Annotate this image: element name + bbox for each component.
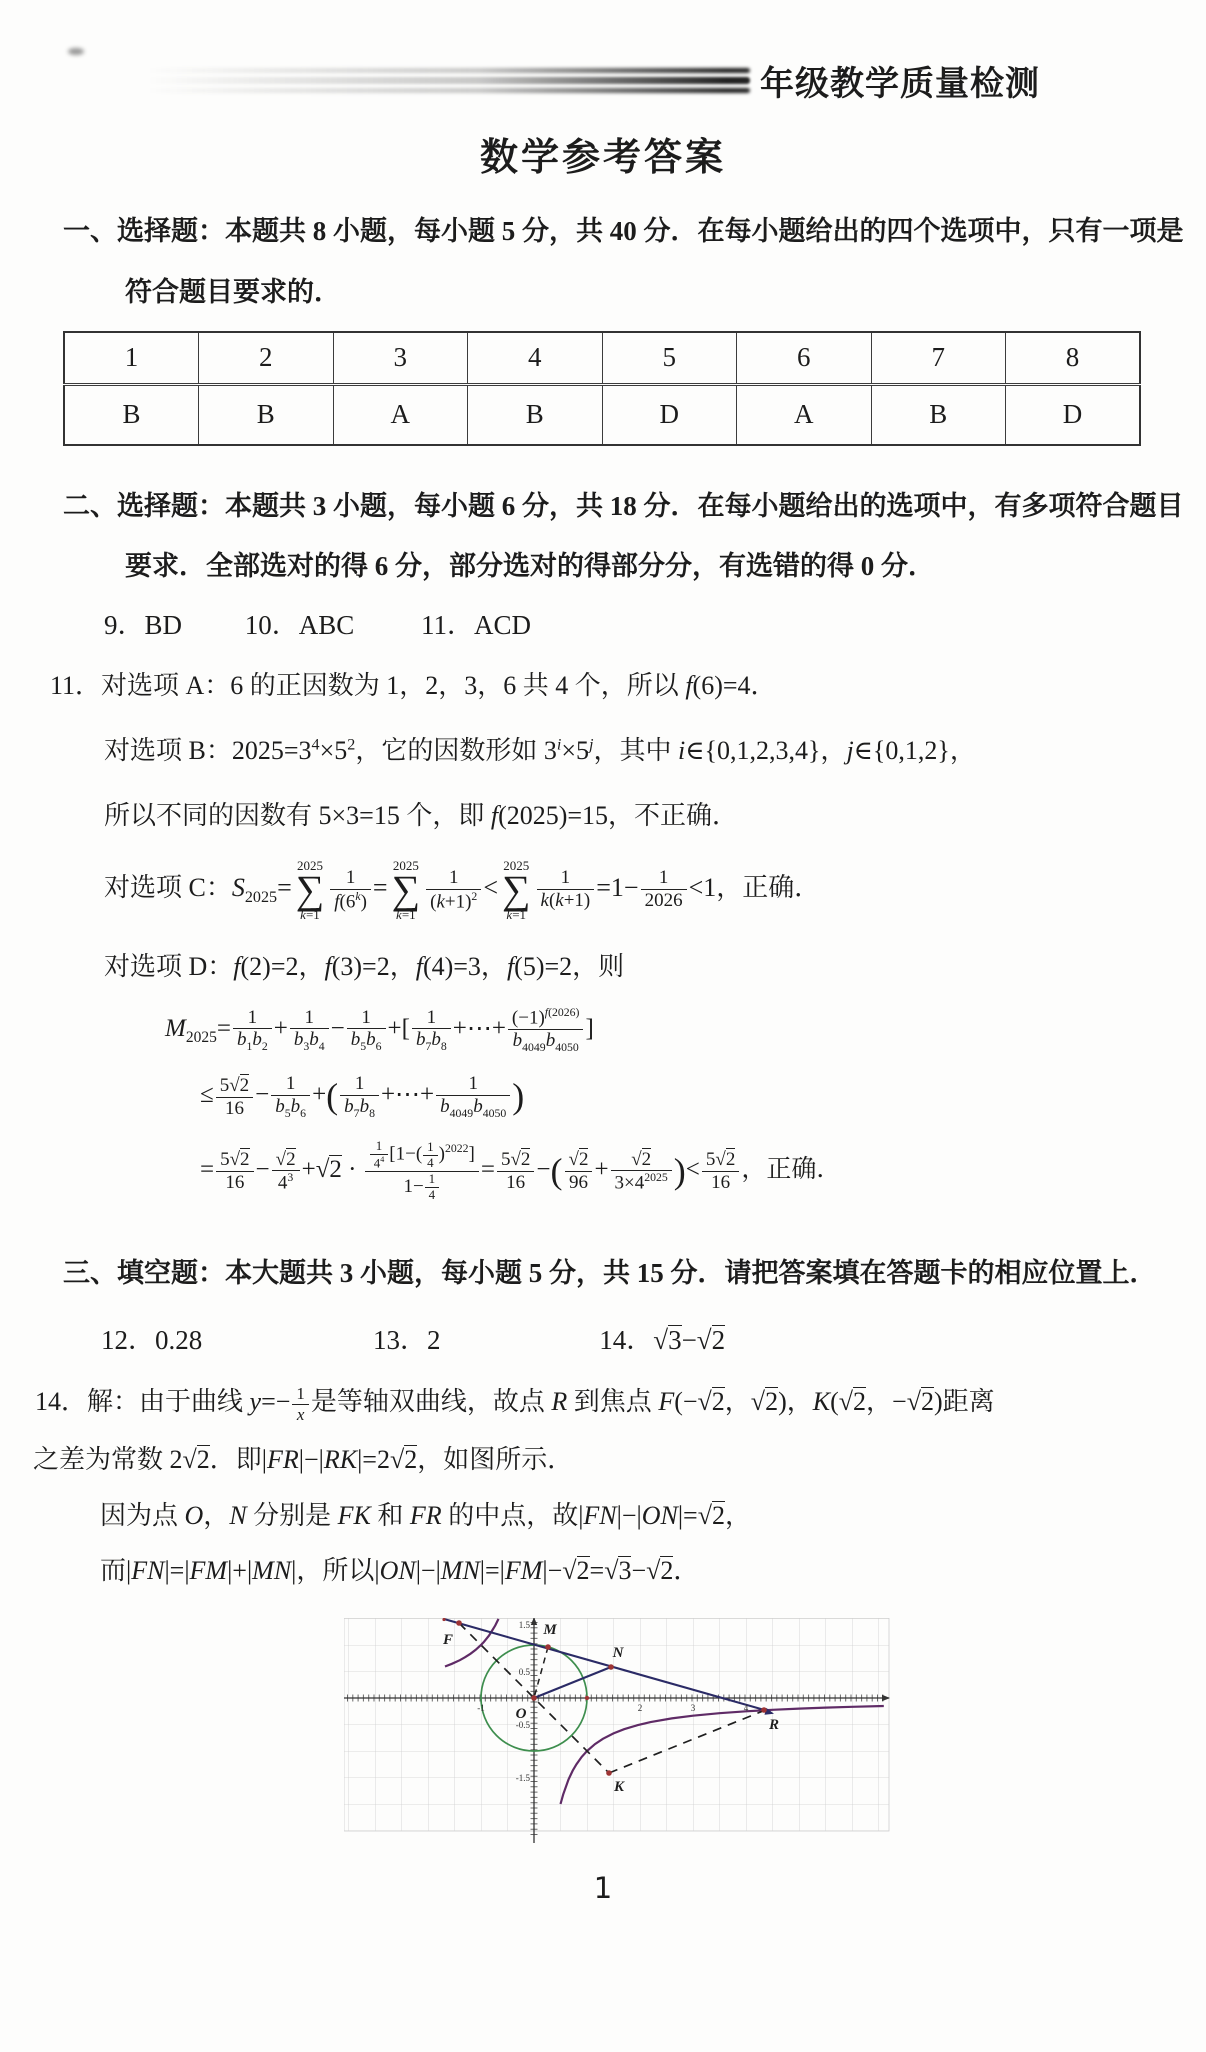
answer-table-header-cell: 3 [333, 332, 468, 385]
answer-table-answer-cell: D [602, 384, 737, 445]
point-line-end [442, 1618, 445, 1621]
q14-line-2: 之差为常数 2√2．即|FR|−|RK|=2√2，如图所示． [33, 1442, 1206, 1477]
y-tick--0.5: -0.5 [516, 1720, 531, 1730]
answer-table-answer-cell: A [737, 384, 872, 445]
label-R: R [768, 1717, 779, 1733]
label-N: N [612, 1645, 625, 1661]
section-3-heading: 三、填空题：本大题共 3 小题，每小题 5 分，共 15 分．请把答案填在答题卡… [63, 1243, 1203, 1304]
point-N [608, 1664, 614, 1670]
answer-table-answer-cell: B [199, 384, 334, 445]
q11-option-c-line: 对选项 C：S2025=2025∑k=11f(6k)=2025∑k=11(k+1… [104, 857, 1206, 923]
y-tick-1.5: 1.5 [519, 1620, 531, 1630]
label-F: F [442, 1632, 453, 1648]
exam-header-title: 年级教学质量检测 [760, 56, 1040, 105]
scan-smudge [68, 48, 84, 55]
answer-table-answer-cell: D [1006, 384, 1141, 445]
q14-line-1: 14．解：由于曲线 y=−1x是等轴双曲线，故点 R 到焦点 F(−√2，√2)… [35, 1384, 1206, 1424]
answer-q13: 13．2 [373, 1320, 441, 1361]
section-2-heading: 二、选择题：本题共 3 小题，每小题 6 分，共 18 分．在每小题给出的选项中… [63, 476, 1203, 598]
x-tick-2: 2 [638, 1703, 643, 1713]
q11-option-a-line: 11．对选项 A：6 的正因数为 1，2，3，6 共 4 个，所以 f(6)=4… [50, 668, 1206, 703]
answer-q12: 12．0.28 [101, 1320, 202, 1361]
answer-q10: 10．ABC [245, 605, 355, 646]
page-number: 1 [0, 1871, 1206, 1905]
q11-equality-line: =5√216−√243+√2 · 144[1−(14)2022]1−14=5√2… [200, 1139, 1206, 1203]
q11-option-b-line2: 所以不同的因数有 5×3=15 个，即 f(2025)=15，不正确． [104, 798, 1206, 833]
answer-table-header-cell: 8 [1006, 332, 1141, 385]
answer-table-header-cell: 4 [468, 332, 603, 385]
q11-inequality-line: ≤5√216−1b5b6+(1b7b8+⋯+1b4049b4050) [200, 1072, 1206, 1121]
answer-q9: 9．BD [104, 605, 182, 646]
fill-blank-answers-row: 12．0.28 13．2 14．√3−√2 [101, 1320, 1206, 1361]
answer-table-answer-row: B B A B D A B D [64, 384, 1140, 445]
label-M: M [542, 1622, 557, 1638]
answer-table-header-cell: 6 [737, 332, 872, 385]
y-tick-0.5: 0.5 [519, 1667, 531, 1677]
label-K: K [613, 1779, 625, 1795]
x-tick--1: -1 [477, 1703, 485, 1713]
q11-solution: 11．对选项 A：6 的正因数为 1，2，3，6 共 4 个，所以 f(6)=4… [0, 668, 1206, 1204]
exam-header-row: 年级教学质量检测 [148, 58, 1040, 102]
section-1-heading: 一、选择题：本题共 8 小题，每小题 5 分，共 40 分．在每小题给出的四个选… [63, 201, 1203, 323]
page-title: 数学参考答案 [0, 126, 1206, 181]
x-tick-3: 3 [691, 1703, 696, 1713]
point-R [761, 1707, 767, 1713]
q14-solution: 14．解：由于曲线 y=−1x是等轴双曲线，故点 R 到焦点 F(−√2，√2)… [0, 1384, 1206, 1587]
q14-line-3: 因为点 O，N 分别是 FK 和 FR 的中点，故|FN|−|ON|=√2， [100, 1498, 1206, 1533]
point-M [545, 1644, 551, 1650]
x-tick-4: 4 [744, 1703, 749, 1713]
scanned-answer-sheet-page: 年级教学质量检测 数学参考答案 一、选择题：本题共 8 小题，每小题 5 分，共… [0, 0, 1206, 2052]
answer-table-answer-cell: B [64, 384, 199, 445]
answer-table: 1 2 3 4 5 6 7 8 B B A B D A B D [63, 331, 1141, 446]
q14-hyperbola-figure: F M N O K R -1 2 3 4 1.5 0.5 -0.5 -1.5 [344, 1618, 892, 1850]
answer-q14: 14．√3−√2 [599, 1320, 725, 1361]
answer-table-answer-cell: B [468, 384, 603, 445]
answer-table-answer-cell: A [333, 384, 468, 445]
point-F [456, 1620, 462, 1626]
q14-figure-container: F M N O K R -1 2 3 4 1.5 0.5 -0.5 -1.5 [344, 1618, 1206, 1855]
answer-table-header-cell: 5 [602, 332, 737, 385]
answer-table-header-cell: 1 [64, 332, 199, 385]
q14-line-4: 而|FN|=|FM|+|MN|，所以|ON|−|MN|=|FM|−√2=√3−√… [100, 1553, 1206, 1588]
q11-option-b-line: 对选项 B：2025=34×52，它的因数形如 3i×5j，其中 i∈{0,1,… [104, 733, 1206, 768]
answer-table-answer-cell: B [871, 384, 1006, 445]
q11-option-d-line: 对选项 D：f(2)=2，f(3)=2，f(4)=3，f(5)=2，则 [104, 949, 1206, 984]
answer-q11: 11．ACD [421, 605, 531, 646]
y-tick--1.5: -1.5 [516, 1773, 531, 1783]
multi-choice-answers-row: 9．BD 10．ABC 11．ACD [104, 605, 1206, 646]
answer-table-header-cell: 2 [199, 332, 334, 385]
q11-m2025-formula: M2025=1b1b2+1b3b4−1b5b6+[1b7b8+⋯+(−1)f(2… [165, 1006, 1206, 1055]
point-O [531, 1695, 537, 1701]
redacted-school-name-smear [148, 64, 750, 97]
point-K [606, 1770, 612, 1776]
point-vertex [585, 1695, 589, 1699]
answer-table-header-row: 1 2 3 4 5 6 7 8 [64, 332, 1140, 385]
answer-table-header-cell: 7 [871, 332, 1006, 385]
